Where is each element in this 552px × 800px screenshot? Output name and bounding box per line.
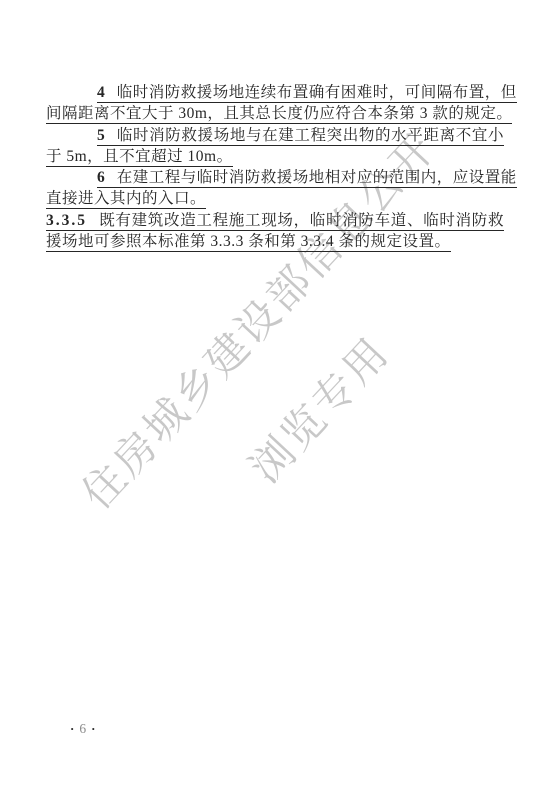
- page-footer: ·6·: [70, 721, 95, 737]
- page-number: 6: [79, 721, 86, 736]
- clause-4-line-2: 间隔距离不宜大于 30m，且其总长度仍应符合本条第 3 款的规定。: [46, 103, 504, 124]
- clause-4-text-2: 间隔距离不宜大于 30m，且其总长度仍应符合本条第 3 款的规定。: [46, 105, 512, 124]
- footer-left-dot: ·: [70, 721, 74, 736]
- section-335-line-1: 3.3.5既有建筑改造工程施工现场，临时消防车道、临时消防救: [46, 210, 504, 231]
- clause-6-line-1: 6在建工程与临时消防救援场地相对应的范围内，应设置能: [46, 167, 504, 188]
- clause-6-text-1: 在建工程与临时消防救援场地相对应的范围内，应设置能: [117, 169, 517, 186]
- footer-right-dot: ·: [91, 721, 95, 736]
- clause-5-line-1: 5临时消防救援场地与在建工程突出物的水平距离不宜小: [46, 125, 504, 146]
- section-335-line-2: 援场地可参照本标准第 3.3.3 条和第 3.3.4 条的规定设置。: [46, 231, 504, 252]
- clause-4-number: 4: [97, 84, 107, 101]
- clause-6-text-2: 直接进入其内的入口。: [46, 190, 206, 209]
- clause-6-number: 6: [97, 169, 107, 186]
- document-page: 住房城乡建设部信息公开 浏览专用 4临时消防救援场地连续布置确有困难时，可间隔布…: [0, 0, 552, 800]
- clause-4-text-1: 临时消防救援场地连续布置确有困难时，可间隔布置，但: [117, 84, 517, 101]
- clause-5-number: 5: [97, 127, 107, 144]
- clause-6-line-2: 直接进入其内的入口。: [46, 188, 504, 209]
- section-335-number: 3.3.5: [46, 212, 87, 229]
- section-335-text-2: 援场地可参照本标准第 3.3.3 条和第 3.3.4 条的规定设置。: [46, 233, 451, 252]
- clause-5-text-2: 于 5m，且不宜超过 10m。: [46, 148, 233, 167]
- section-335-text-1: 既有建筑改造工程施工现场，临时消防车道、临时消防救: [99, 212, 504, 229]
- clause-5-line-2: 于 5m，且不宜超过 10m。: [46, 146, 504, 167]
- text-block: 4临时消防救援场地连续布置确有困难时，可间隔布置，但 间隔距离不宜大于 30m，…: [46, 82, 504, 252]
- clause-4-line-1: 4临时消防救援场地连续布置确有困难时，可间隔布置，但: [46, 82, 504, 103]
- clause-5-text-1: 临时消防救援场地与在建工程突出物的水平距离不宜小: [117, 127, 504, 144]
